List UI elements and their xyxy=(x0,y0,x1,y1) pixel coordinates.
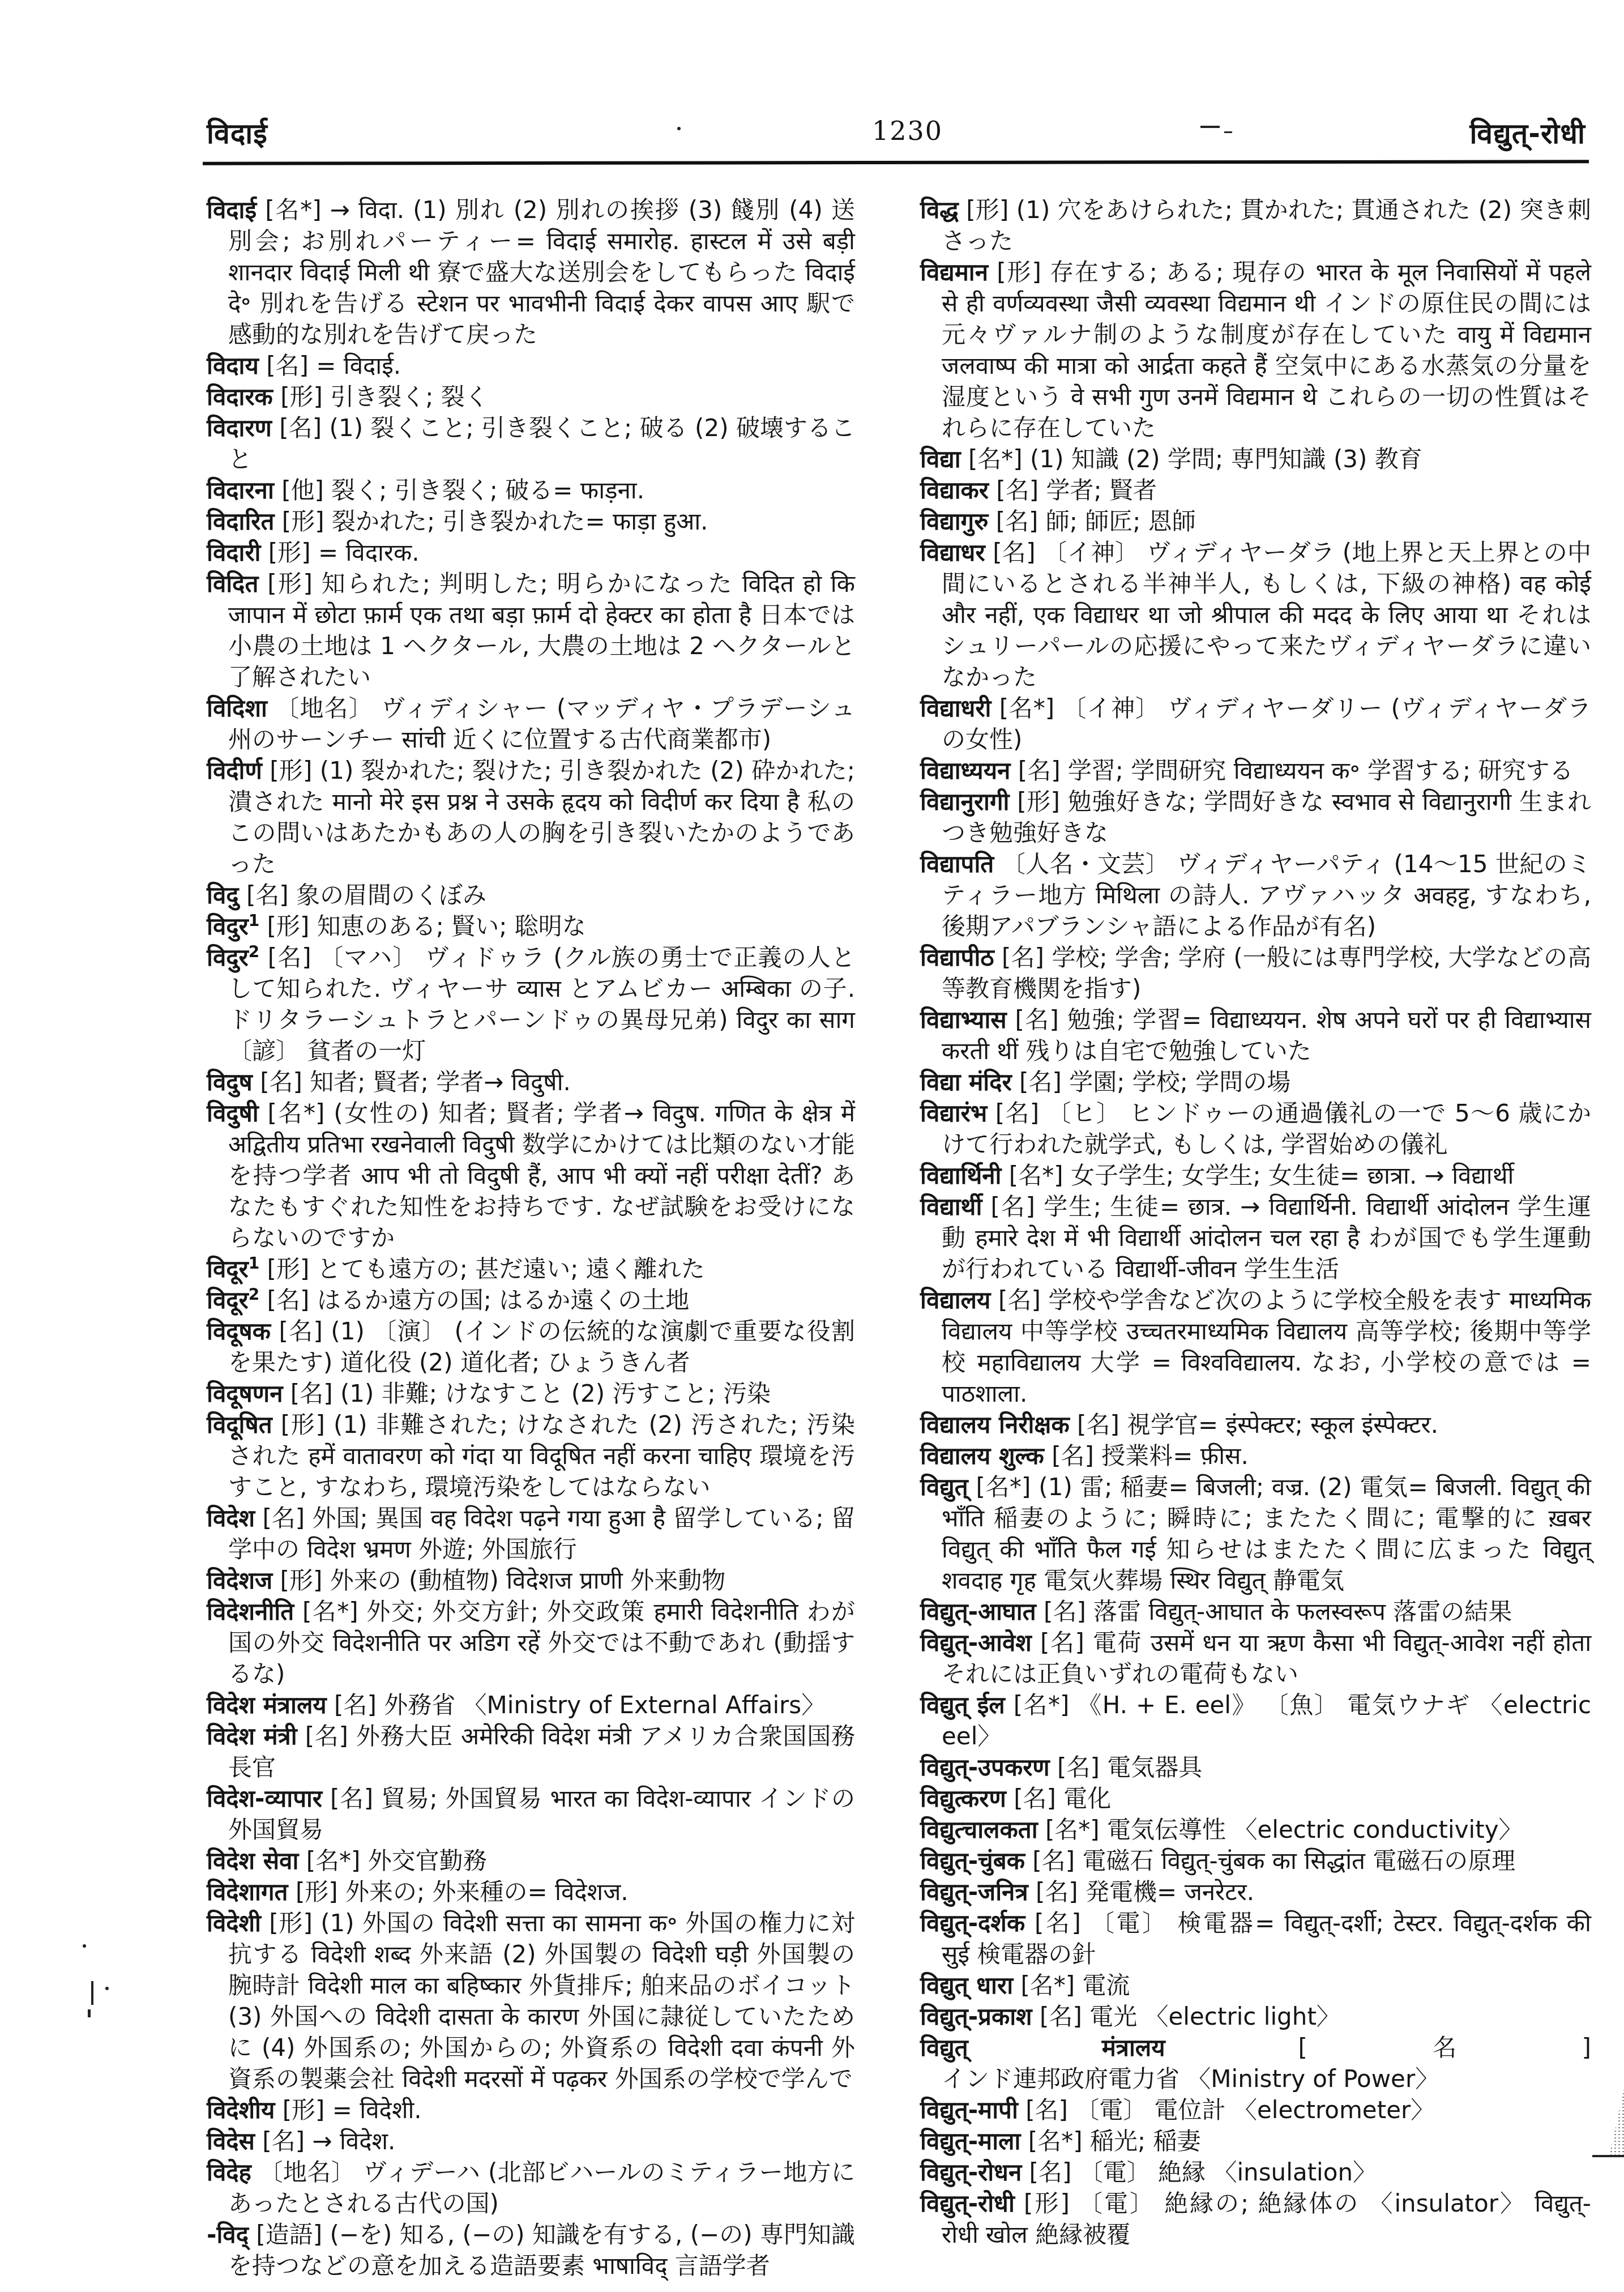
entry-headword: विदेशज xyxy=(207,1567,272,1594)
entry-definition: 電気器具 xyxy=(1100,1753,1202,1781)
dictionary-entry: विदारित [形] 裂かれた; 引き裂かれた= फाड़ा हुआ. xyxy=(207,506,855,537)
entry-pos-label: [名] xyxy=(239,881,289,909)
entry-definition: 電流 xyxy=(1075,1971,1130,1999)
entry-headword: विद्यालय निरीक्षक xyxy=(920,1411,1070,1439)
entry-definition: (1) 知識 (2) 学問; 専門知識 (3) 教育 xyxy=(1023,445,1422,473)
entry-headword: विदेश xyxy=(207,1504,255,1532)
dictionary-entry: विद्याकर [名] 学者; 賢者 xyxy=(920,475,1591,506)
entry-headword: विद्युत्चालकता xyxy=(920,1816,1038,1843)
entry-headword: विदीर्ण xyxy=(207,757,262,784)
entry-definition: とても遠方の; 甚だ遠い; 遠く離れた xyxy=(309,1255,704,1283)
entry-pos-label: [形] xyxy=(258,570,313,597)
entry-headword: विदूषक xyxy=(207,1317,271,1345)
entry-definition: 外国; 異国 वह विदेश पढ़ने गया हुआ है 留学している;… xyxy=(228,1504,855,1563)
entry-headword: विदारित xyxy=(207,507,274,535)
dictionary-entry: विद्युत् मंत्रालय [名] インド連邦政府電力省 〈Minist… xyxy=(920,2032,1591,2094)
entry-headword: विद्यमान xyxy=(920,258,988,286)
dictionary-entry: विद्युत्-जनित्र [名] 発電機= जनरेटर. xyxy=(920,1876,1591,1907)
entry-definition: 外交官勤務 xyxy=(360,1847,486,1875)
entry-definition: 外務省 〈Ministry of External Affairs〉 xyxy=(377,1691,825,1719)
entry-headword: विदेशीय xyxy=(207,2096,275,2124)
running-head-left-word: विदाई xyxy=(207,113,268,152)
dictionary-entry: विद्युत्-मापी [名] 〔電〕 電位計 〈electrometer〉 xyxy=(920,2094,1591,2125)
entry-pos-label: [名*] xyxy=(1013,1971,1075,1999)
scan-artifact xyxy=(105,1987,109,1990)
entry-headword: विद्याभ्यास xyxy=(920,1006,1007,1034)
dictionary-entry: विदूर1 [形] とても遠方の; 甚だ遠い; 遠く離れた xyxy=(207,1253,855,1284)
entry-pos-label: [名] xyxy=(259,944,311,971)
entry-pos-label: [形] xyxy=(274,507,324,535)
entry-pos-label: [名] xyxy=(322,1785,373,1812)
dictionary-entry: विद्युत्-रोधी [形] 〔電〕 絶縁の; 絶縁体の 〈insulat… xyxy=(920,2188,1591,2250)
entry-definition: (1) 雷; 稲妻= बिजली; वज्र. (2) 電気= बिजली. व… xyxy=(942,1473,1591,1594)
dictionary-entry: विदेशीय [形] = विदेशी. xyxy=(207,2094,855,2125)
page-header: विदाई 1230 विद्युत्-रोधी xyxy=(207,113,1585,153)
entry-pos-label: [形] xyxy=(272,1411,325,1439)
entry-pos-label: [形] xyxy=(959,196,1009,224)
entry-headword: विद्युत्-दर्शक xyxy=(920,1909,1025,1937)
dictionary-entry: विद्युत्-प्रकाश [名] 電光 〈electric light〉 xyxy=(920,2001,1591,2032)
entry-headword: विदेशागत xyxy=(207,1878,288,1906)
dictionary-entry: विद्युत्-आघात [名] 落雷 विद्युत्-आघात के फल… xyxy=(920,1596,1591,1627)
entry-pos-label: [名] xyxy=(1007,1006,1059,1034)
scan-artifact xyxy=(1592,2155,1624,2157)
entry-headword: विद्यार्थी xyxy=(920,1193,982,1220)
scan-artifact xyxy=(91,1981,93,2005)
entry-headword: विद्यालय शुल्क xyxy=(920,1442,1044,1470)
entry-headword: विद्युत्-प्रकाश xyxy=(920,2003,1032,2030)
dictionary-entry: विद्युत्-उपकरण [名] 電気器具 xyxy=(920,1752,1591,1783)
entry-pos-label: [名*] xyxy=(968,1473,1031,1501)
dictionary-entry: विद्युत्-रोधन [名] 〔電〕 絶縁 〈insulation〉 xyxy=(920,2157,1591,2188)
entry-headword: विद्यार्थिनी xyxy=(920,1162,1001,1189)
entry-pos-label: [名] xyxy=(1070,1411,1119,1439)
entry-pos-label: [名] xyxy=(985,539,1036,566)
entry-headword: विद्यालय xyxy=(920,1286,990,1314)
dictionary-entry: विदेश सेवा [名*] 外交官勤務 xyxy=(207,1845,855,1876)
entry-pos-label: 〔地名〕 xyxy=(251,2158,355,2186)
page-scan: विदाई 1230 विद्युत्-रोधी विदाई [名*] → वि… xyxy=(0,0,1624,2292)
dictionary-entry: विद्यालय [名] 学校や学舎など次のように学校全般を表す माध्यमि… xyxy=(920,1284,1591,1409)
entry-definition: 視学官= इंस्पेक्टर; स्कूल इंस्पेक्टर. xyxy=(1119,1411,1438,1439)
dictionary-entry: विदेशज [形] 外来の (動植物) विदेशज प्राणी 外来動物 xyxy=(207,1565,855,1596)
entry-headword: विद्युत्-जनित्र xyxy=(920,1878,1028,1906)
entry-definition: 知られた; 判明した; 明らかになった विदित हो कि जापान मे… xyxy=(228,570,855,691)
entry-definition: 外来の (動植物) विदेशज प्राणी 外来動物 xyxy=(322,1567,725,1594)
entry-pos-label: [名] xyxy=(990,1286,1041,1314)
dictionary-entry: विदूषणन [名] (1) 非難; けなすこと (2) 汚すこと; 汚染 xyxy=(207,1378,855,1409)
entry-headword: विदेश-व्यापार xyxy=(207,1785,322,1812)
dictionary-entry: विद्या [名*] (1) 知識 (2) 学問; 専門知識 (3) 教育 xyxy=(920,443,1591,475)
dictionary-entry: विदारी [形] = विदारक. xyxy=(207,537,855,568)
entry-definition: 電気伝導性 〈electric conductivity〉 xyxy=(1100,1816,1523,1843)
entry-definition: 〔イ神〕 ヴィディヤーダラ (地上界と天上界との中間にいるとされる半神半人, も… xyxy=(942,539,1591,691)
entry-pos-label: [形] xyxy=(259,1255,309,1283)
entry-pos-label: [形] xyxy=(988,258,1041,286)
entry-headword: विद्युत्करण xyxy=(920,1785,1006,1812)
entry-pos-label: [形] xyxy=(261,1909,313,1937)
entry-definition: 授業料= फ़ीस. xyxy=(1094,1442,1249,1470)
entry-pos-label: [名] xyxy=(283,1380,332,1407)
entry-headword: विद्या मंदिर xyxy=(920,1068,1012,1096)
entry-pos-label: [名*] xyxy=(961,445,1023,473)
dictionary-entry: विदेस [名] → विदेश. xyxy=(207,2125,855,2157)
dictionary-entry: विदाय [名] = विदाई. xyxy=(207,350,855,381)
entry-definition: 稲光; 稲妻 xyxy=(1083,2127,1201,2155)
page-number: 1230 xyxy=(872,116,943,146)
entry-definition: 発電機= जनरेटर. xyxy=(1078,1878,1254,1906)
entry-pos-label: [名*] xyxy=(1005,1691,1070,1719)
dictionary-entry: विदूषित [形] (1) 非難された; けなされた (2) 汚された; 汚… xyxy=(207,1409,855,1503)
entry-pos-label: [名] xyxy=(1022,2158,1071,2186)
entry-definition: → विदा. (1) 別れ (2) 別れの挨拶 (3) 餞別 (4) 送別会;… xyxy=(228,196,855,348)
entry-headword: विद्यागुरु xyxy=(920,507,988,535)
entry-pos-label: [名] xyxy=(297,1722,348,1750)
entry-headword: विद्युत् धारा xyxy=(920,1971,1013,1999)
entry-definition: 〔ヒ〕 ヒンドゥーの通過儀礼の一で 5〜6 歳にかけて行われた就学式, もしくは… xyxy=(942,1099,1591,1158)
dictionary-entry: विद्युत्करण [名] 電化 xyxy=(920,1783,1591,1814)
entry-headword: विदेश मंत्रालय xyxy=(207,1691,327,1719)
entry-pos-label: [名] xyxy=(1018,2096,1068,2124)
dictionary-entry: विद्याधर [名] 〔イ神〕 ヴィディヤーダラ (地上界と天上界との中間に… xyxy=(920,537,1591,693)
entry-headword: विद्यापति xyxy=(920,850,994,878)
dictionary-entry: विद्यानुरागी [形] 勉強好きな; 学問好きな स्वभाव से … xyxy=(920,786,1591,848)
scan-artifact xyxy=(83,1944,86,1948)
entry-pos-label: [名] xyxy=(1036,1598,1086,1625)
entry-headword: विदूषित xyxy=(207,1411,272,1439)
entry-definition: 〔マハ〕 ヴィドゥラ (クル族の勇士で正義の人として知られた. ヴィヤーサ व्… xyxy=(228,944,855,1065)
entry-pos-label: [名] xyxy=(1025,1909,1081,1937)
entry-pos-label: 〔地名〕 xyxy=(267,694,373,722)
entry-definition: 〔電〕 絶縁 〈insulation〉 xyxy=(1071,2158,1377,2186)
entry-homonym-number: 1 xyxy=(249,1254,259,1273)
entry-definition: 学者; 賢者 xyxy=(1038,476,1157,504)
entry-definition: (−を) 知る, (−の) 知識を有する, (−の) 専門知識を持つなどの意を加… xyxy=(228,2221,855,2280)
entry-headword: विदाई xyxy=(207,196,257,224)
entry-headword: विदित xyxy=(207,570,258,597)
dictionary-entry: विद्यालय निरीक्षक [名] 視学官= इंस्पेक्टर; स… xyxy=(920,1409,1591,1440)
entry-headword: विद्युत्-मापी xyxy=(920,2096,1018,2124)
entry-definition: → विदेश. xyxy=(305,2127,395,2155)
entry-headword: -विद् xyxy=(207,2221,249,2248)
entry-pos-label: [名] xyxy=(1165,2034,1591,2061)
dictionary-entry: विद्युत्-माला [名*] 稲光; 稲妻 xyxy=(920,2125,1591,2157)
entry-headword: विद्युत् xyxy=(920,1473,968,1501)
entry-definition: インド連邦政府電力省 〈Ministry of Power〉 xyxy=(942,2065,1439,2093)
entry-headword: विदूर xyxy=(207,1286,249,1314)
entry-headword: विदुषी xyxy=(207,1099,259,1127)
entry-headword: विद्ध xyxy=(920,196,959,224)
entry-pos-label: [名] xyxy=(1006,1785,1056,1812)
entry-pos-label: [名] xyxy=(253,1068,302,1096)
entry-pos-label: [名*] xyxy=(991,694,1054,722)
entry-definition: 師; 師匠; 恩師 xyxy=(1038,507,1195,535)
dictionary-entry: विदाई [名*] → विदा. (1) 別れ (2) 別れの挨拶 (3) … xyxy=(207,194,855,350)
entry-headword: विद्युत्-रोधी xyxy=(920,2189,1015,2217)
scan-artifact xyxy=(677,127,681,130)
entry-definition: (1) 外国の विदेशी सत्ता का सामना क॰ 外国の権力に対… xyxy=(228,1909,855,2093)
dictionary-entry: विदेश मंत्रालय [名] 外務省 〈Ministry of Exte… xyxy=(207,1689,855,1721)
entry-pos-label: [形] xyxy=(273,383,323,411)
entry-pos-label: [名] xyxy=(255,2127,305,2155)
dictionary-entry: विदेशनीति [名*] 外交; 外交方針; 外交政策 हमारी विदे… xyxy=(207,1596,855,1689)
dictionary-entry: विद्यालय शुल्क [名] 授業料= फ़ीस. xyxy=(920,1440,1591,1471)
entry-pos-label: [名] xyxy=(1028,1878,1078,1906)
entry-pos-label: [名*] xyxy=(257,196,322,224)
entry-definition: 学習; 学問研究 विद्याध्ययन क॰ 学習する; 研究する xyxy=(1061,757,1574,784)
dictionary-entry: विदीर्ण [形] (1) 裂かれた; 裂けた; 引き裂かれた (2) 砕か… xyxy=(207,755,855,880)
entry-headword: विद्यारंभ xyxy=(920,1099,987,1127)
dictionary-entry: विद्यापति 〔人名・文芸〕 ヴィディヤーパティ (14〜15 世紀のミテ… xyxy=(920,848,1591,942)
entry-homonym-number: 1 xyxy=(249,911,259,930)
entry-pos-label: [名] xyxy=(989,476,1038,504)
dictionary-entry: विदारक [形] 引き裂く; 裂く xyxy=(207,381,855,412)
entry-pos-label: [名] xyxy=(1044,1442,1094,1470)
dictionary-entry: विदु [名] 象の眉間のくぼみ xyxy=(207,880,855,911)
dictionary-entry: विदेश मंत्री [名] 外務大臣 अमेरिकी विदेश मंत्… xyxy=(207,1721,855,1783)
entry-definition: 女子学生; 女学生; 女生徒= छात्रा. → विद्यार्थी xyxy=(1063,1162,1514,1189)
dictionary-entry: विदारना [他] 裂く; 引き裂く; 破る= फाड़ना. xyxy=(207,475,855,506)
entry-definition: 外来の; 外来種の= विदेशज. xyxy=(338,1878,629,1906)
entry-pos-label: [名*] xyxy=(1020,2127,1082,2155)
dictionary-entry: विद्युत्-दर्शक [名] 〔電〕 検電器= विद्युत्-दर्… xyxy=(920,1907,1591,1970)
entry-pos-label: [形] xyxy=(260,539,310,566)
entry-pos-label: [形] xyxy=(272,1567,322,1594)
entry-pos-label: [名] xyxy=(259,352,309,379)
entry-pos-label: [名] xyxy=(1032,1629,1084,1657)
dictionary-entry: विद्यारंभ [名] 〔ヒ〕 ヒンドゥーの通過儀礼の一で 5〜6 歳にかけ… xyxy=(920,1098,1591,1160)
entry-pos-label: [名] xyxy=(1050,1753,1100,1781)
entry-definition: (1) 非難; けなすこと (2) 汚すこと; 汚染 xyxy=(333,1380,771,1407)
entry-pos-label: [名] xyxy=(1025,1847,1075,1875)
entry-pos-label: [形] xyxy=(259,912,309,940)
entry-headword: विदु xyxy=(207,881,239,909)
entry-headword: विदूषणन xyxy=(207,1380,283,1407)
entry-pos-label: [他] xyxy=(274,476,324,504)
dictionary-entry: विदेश-व्यापार [名] 貿易; 外国貿易 भारत का विदेश… xyxy=(207,1783,855,1845)
entry-headword: विदारी xyxy=(207,539,260,566)
entry-definition: 裂く; 引き裂く; 破る= फाड़ना. xyxy=(324,476,644,504)
dictionary-entry: विदूषक [名] (1) 〔演〕 (インドの伝統的な演劇で重要な役割を果たす… xyxy=(207,1316,855,1378)
entry-headword: विदुर xyxy=(207,944,249,971)
entry-headword: विदेशनीति xyxy=(207,1598,294,1625)
entry-headword: विद्याकर xyxy=(920,476,989,504)
column-right: विद्ध [形] (1) 穴をあけられた; 貫かれた; 貫通された (2) 突… xyxy=(920,194,1591,2250)
entry-pos-label: [名] xyxy=(327,1691,377,1719)
entry-definition: (1) 裂くこと; 引き裂くこと; 破る (2) 破壊すること xyxy=(228,414,855,473)
dictionary-entry: विदेह 〔地名〕 ヴィデーハ (北部ビハールのミティラー地方にあったとされる… xyxy=(207,2157,855,2219)
entry-headword: विद्युत्-चुंबक xyxy=(920,1847,1025,1875)
entry-headword: विदाय xyxy=(207,352,259,379)
entry-pos-label: [名] xyxy=(988,507,1038,535)
entry-headword: विद्युत्-आवेश xyxy=(920,1629,1032,1657)
dictionary-entry: विद्यापीठ [名] 学校; 学舎; 学府 (一般には専門学校, 大学など… xyxy=(920,942,1591,1004)
entry-headword: विदेश सेवा xyxy=(207,1847,298,1875)
dictionary-entry: विद्याधरी [名*] 〔イ神〕 ヴィディヤーダリー (ヴィディヤーダラの… xyxy=(920,693,1591,755)
entry-headword: विद्युत्-रोधन xyxy=(920,2158,1022,2186)
dictionary-page: { "header": { "left_word": "विदाई", "pag… xyxy=(0,0,1624,2292)
entry-headword: विद्युत्-उपकरण xyxy=(920,1753,1050,1781)
entry-headword: विद्याध्ययन xyxy=(920,757,1010,784)
dictionary-entry: -विद् [造語] (−を) 知る, (−の) 知識を有する, (−の) 専門… xyxy=(207,2219,855,2281)
entry-definition: (1) 穴をあけられた; 貫かれた; 貫通された (2) 突き刺さった xyxy=(942,196,1591,255)
entry-headword: विद्युत्-माला xyxy=(920,2127,1020,2155)
entry-pos-label: [形] xyxy=(288,1878,338,1906)
entry-definition: = विदारक. xyxy=(311,539,420,566)
dictionary-entry: विदुषी [名*] (女性の) 知者; 賢者; 学者→ विदुष. गणि… xyxy=(207,1098,855,1253)
entry-headword: विदारना xyxy=(207,476,274,504)
dictionary-entry: विद्यमान [形] 存在する; ある; 現存の भारत के मूल न… xyxy=(920,257,1591,443)
dictionary-entry: विद्यार्थिनी [名*] 女子学生; 女学生; 女生徒= छात्रा… xyxy=(920,1160,1591,1191)
entry-definition: = विदाई. xyxy=(309,352,401,379)
entry-pos-label: [名] xyxy=(982,1193,1035,1220)
entry-headword: विद्युत् ईल xyxy=(920,1691,1005,1719)
entry-pos-label: [名*] xyxy=(1001,1162,1063,1189)
dictionary-entry: विदिशा 〔地名〕 ヴィディシャー (マッディヤ・プラデーシュ州のサーンチー… xyxy=(207,693,855,755)
entry-headword: विदेश मंत्री xyxy=(207,1722,297,1750)
entry-pos-label: [名*] xyxy=(259,1099,325,1127)
dictionary-entry: विद्युत् ईल [名*] 《H. + E. eel》 〔魚〕 電気ウナギ… xyxy=(920,1689,1591,1752)
dictionary-entry: विद्युत् [名*] (1) 雷; 稲妻= बिजली; वज्र. (2… xyxy=(920,1471,1591,1596)
entry-definition: 学生; 生徒= छात्र. → विद्यार्थिनी. विद्यार्थ… xyxy=(942,1193,1591,1283)
entry-homonym-number: 2 xyxy=(249,942,259,961)
dictionary-entry: विद्युत्-आवेश [名] 電荷 उसमें धन या ऋण कैसा… xyxy=(920,1627,1591,1689)
entry-headword: विद्याधर xyxy=(920,539,985,566)
entry-pos-label: [形] xyxy=(1009,788,1060,816)
dictionary-entry: विद्याध्ययन [名] 学習; 学問研究 विद्याध्ययन क॰ … xyxy=(920,755,1591,786)
entry-definition: 裂かれた; 引き裂かれた= फाड़ा हुआ. xyxy=(324,507,708,535)
dictionary-entry: विदुर1 [形] 知恵のある; 賢い; 聡明な xyxy=(207,911,855,942)
entry-definition: 〔電〕 電位計 〈electrometer〉 xyxy=(1068,2096,1434,2124)
entry-headword: विद्युत्-आघात xyxy=(920,1598,1036,1625)
scan-artifact xyxy=(1200,126,1220,128)
dictionary-entry: विद्युत् धारा [名*] 電流 xyxy=(920,1970,1591,2001)
entry-pos-label: [名] xyxy=(987,1099,1039,1127)
entry-headword: विदेशी xyxy=(207,1909,261,1937)
scan-artifact xyxy=(1609,2089,1624,2156)
entry-pos-label: [名] xyxy=(994,944,1044,971)
entry-pos-label: [名] xyxy=(1010,757,1060,784)
entry-definition: 学園; 学校; 学問の場 xyxy=(1062,1068,1290,1096)
entry-pos-label: [名] xyxy=(1032,2003,1082,2030)
entry-headword: विदुर xyxy=(207,912,249,940)
entry-definition: (1) 裂かれた; 裂けた; 引き裂かれた (2) 砕かれた; 潰された मान… xyxy=(228,757,855,878)
entry-definition: はるか遠方の国; はるか遠くの土地 xyxy=(309,1286,689,1314)
header-rule xyxy=(203,160,1589,165)
entry-headword: विद्यापीठ xyxy=(920,944,994,971)
entry-definition: 知者; 賢者; 学者→ विदुषी. xyxy=(302,1068,571,1096)
dictionary-entry: विदारण [名] (1) 裂くこと; 引き裂くこと; 破る (2) 破壊する… xyxy=(207,412,855,475)
dictionary-entry: विद्यार्थी [名] 学生; 生徒= छात्र. → विद्यार्… xyxy=(920,1191,1591,1284)
entry-headword: विदुष xyxy=(207,1068,253,1096)
dictionary-entry: विदेश [名] 外国; 異国 वह विदेश पढ़ने गया हुआ … xyxy=(207,1503,855,1565)
entry-headword: विद्याधरी xyxy=(920,694,991,722)
entry-pos-label: [名] xyxy=(259,1286,309,1314)
entry-definition: 電光 〈electric light〉 xyxy=(1082,2003,1340,2030)
entry-pos-label: [名*] xyxy=(298,1847,360,1875)
entry-headword: विदेस xyxy=(207,2127,255,2155)
dictionary-entry: विद्याभ्यास [名] 勉強; 学習= विद्याध्ययन. शेष… xyxy=(920,1004,1591,1066)
entry-pos-label: [名*] xyxy=(1038,1816,1100,1843)
entry-headword: विद्युत् मंत्रालय xyxy=(920,2034,1165,2061)
entry-headword: विद्यानुरागी xyxy=(920,788,1009,816)
dictionary-entry: विद्यागुरु [名] 師; 師匠; 恩師 xyxy=(920,506,1591,537)
entry-headword: विदारक xyxy=(207,383,273,411)
entry-pos-label: [形] xyxy=(262,757,313,784)
dictionary-entry: विदित [形] 知られた; 判明した; 明らかになった विदित हो क… xyxy=(207,568,855,693)
entry-pos-label: [形] xyxy=(1015,2189,1070,2217)
entry-headword: विद्या xyxy=(920,445,961,473)
running-head-right-word: विद्युत्-रोधी xyxy=(1469,113,1585,152)
dictionary-entry: विदुर2 [名] 〔マハ〕 ヴィドゥラ (クル族の勇士で正義の人として知られ… xyxy=(207,942,855,1066)
entry-definition: 象の眉間のくぼみ xyxy=(289,881,486,909)
entry-definition: 電磁石 विद्युत्-चुंबक का सिद्धांत 電磁石の原理 xyxy=(1075,1847,1515,1875)
entry-pos-label: 〔人名・文芸〕 xyxy=(994,850,1169,878)
dictionary-entry: विद्युत्-चुंबक [名] 電磁石 विद्युत्-चुंबक का… xyxy=(920,1845,1591,1876)
entry-pos-label: [名] xyxy=(272,414,322,442)
entry-pos-label: [名] xyxy=(255,1504,305,1532)
dictionary-entry: विदुष [名] 知者; 賢者; 学者→ विदुषी. xyxy=(207,1066,855,1098)
entry-definition: 落雷 विद्युत्-आघात के फलस्वरूप 落雷の結果 xyxy=(1086,1598,1512,1625)
entry-pos-label: [名] xyxy=(1012,1068,1062,1096)
dictionary-entry: विदूर2 [名] はるか遠方の国; はるか遠くの土地 xyxy=(207,1284,855,1316)
entry-definition: (1) 〔演〕 (インドの伝統的な演劇で重要な役割を果たす) 道化役 (2) 道… xyxy=(228,1317,855,1376)
dictionary-entry: विदेशागत [形] 外来の; 外来種の= विदेशज. xyxy=(207,1876,855,1907)
entry-headword: विदेह xyxy=(207,2158,251,2186)
entry-homonym-number: 2 xyxy=(249,1285,259,1304)
column-left: विदाई [名*] → विदा. (1) 別れ (2) 別れの挨拶 (3) … xyxy=(207,194,855,2281)
dictionary-entry: विदेशी [形] (1) 外国の विदेशी सत्ता का सामना… xyxy=(207,1907,855,2094)
scan-artifact xyxy=(1224,131,1232,133)
entry-pos-label: [名] xyxy=(271,1317,323,1345)
entry-pos-label: [形] xyxy=(275,2096,324,2124)
entry-definition: = विदेशी. xyxy=(324,2096,421,2124)
entry-pos-label: [造語] xyxy=(249,2221,322,2248)
entry-definition: 知恵のある; 賢い; 聡明な xyxy=(309,912,586,940)
entry-definition: 電化 xyxy=(1056,1785,1111,1812)
entry-headword: विदिशा xyxy=(207,694,267,722)
entry-definition: 引き裂く; 裂く xyxy=(323,383,489,411)
dictionary-entry: विद्या मंदिर [名] 学園; 学校; 学問の場 xyxy=(920,1066,1591,1098)
dictionary-entry: विद्युत्चालकता [名*] 電気伝導性 〈electric cond… xyxy=(920,1814,1591,1845)
entry-headword: विदारण xyxy=(207,414,272,442)
entry-pos-label: [名*] xyxy=(294,1598,358,1625)
entry-headword: विदूर xyxy=(207,1255,249,1283)
scan-artifact xyxy=(88,2009,91,2017)
dictionary-entry: विद्ध [形] (1) 穴をあけられた; 貫かれた; 貫通された (2) 突… xyxy=(920,194,1591,257)
